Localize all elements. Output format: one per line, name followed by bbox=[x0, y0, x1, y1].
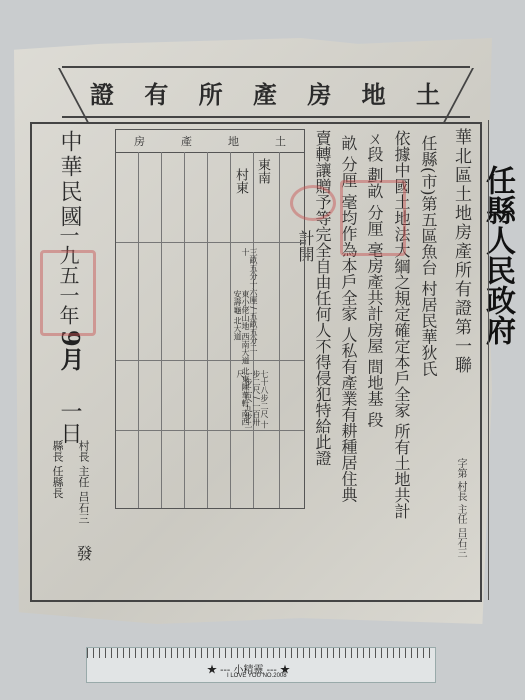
date-era: 中華民國 bbox=[58, 130, 80, 230]
official-seal bbox=[40, 250, 96, 336]
table-header: 房 產 地 土 bbox=[116, 130, 304, 153]
official-seal bbox=[340, 180, 406, 256]
issue-mark: 發 bbox=[75, 545, 91, 561]
land-location: 東南 bbox=[256, 158, 269, 184]
date-day: 一日 bbox=[58, 400, 80, 444]
title-char: 有 bbox=[144, 75, 170, 110]
title-char: 產 bbox=[253, 75, 279, 110]
body-line-1: 任縣(市)第五區魚台 村居民華狄氏 bbox=[420, 135, 436, 377]
table-header-cell: 地 bbox=[228, 133, 239, 149]
title-banner: 證 有 所 產 房 地 土 bbox=[62, 66, 470, 118]
land-dimensions: 七十八步二尺 十步二尺 / 一百卅一步二尺 九步二尺 bbox=[236, 370, 268, 430]
table-header-cell: 房 bbox=[134, 133, 145, 149]
table-header-cell: 產 bbox=[181, 133, 192, 149]
county-head-signature: 縣長 任縣長 bbox=[52, 440, 63, 499]
ruler-subtitle: I LOVE YOU NO.2008 bbox=[227, 673, 287, 679]
date-month: 9月 bbox=[58, 330, 82, 371]
title-char: 證 bbox=[90, 75, 116, 110]
title-char: 房 bbox=[307, 75, 333, 110]
table-header-cell: 土 bbox=[275, 133, 286, 149]
counterfoil-footer: 字第 村長 主任 吕石三 bbox=[455, 458, 465, 558]
round-seal bbox=[290, 185, 336, 221]
title-char: 地 bbox=[362, 75, 388, 110]
ruler-ticks bbox=[87, 648, 435, 658]
counterfoil-divider bbox=[488, 120, 489, 600]
land-location-2: 村東 bbox=[234, 168, 247, 194]
issuer-signature: 村長 主任 吕石三 bbox=[78, 440, 89, 524]
counterfoil-handwriting: 任縣人民政府 bbox=[482, 165, 512, 345]
ruler: ★ --- 小精靈 --- ★ I LOVE YOU NO.2008 bbox=[86, 647, 436, 683]
title-char: 土 bbox=[416, 75, 442, 110]
property-table: 房 產 地 土 東南 村東 三畝五分十六厘 / 五畝五分二十 東小佬山地 西南大… bbox=[115, 129, 305, 509]
title-char: 所 bbox=[199, 75, 225, 110]
series-label: 華北區土地房產所有證第一聯 bbox=[452, 128, 469, 375]
